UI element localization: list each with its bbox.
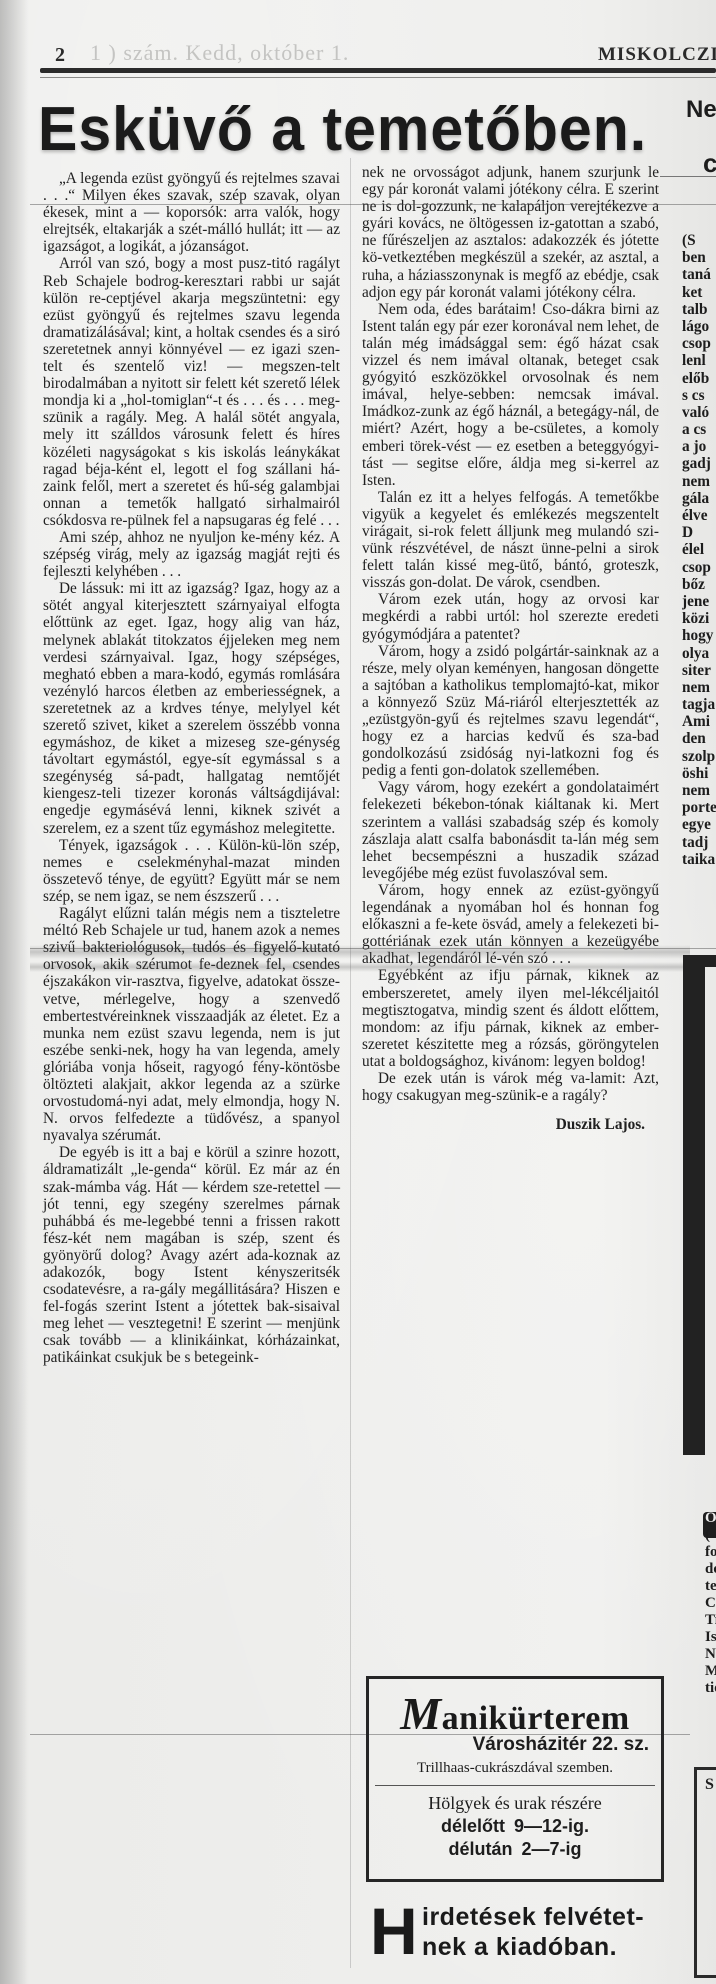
manikur-advertisement: Manikürterem Városházitér 22. sz. Trillh… bbox=[366, 1676, 664, 1882]
advertising-notice: H irdetések felvétet- nek a kiadóban. bbox=[370, 1898, 670, 1978]
article-column-2: nek ne orvosságot adjunk, hanem szurjunk… bbox=[362, 164, 659, 1133]
fragment-heading: Ne bbox=[686, 96, 716, 124]
article-headline: Esküvő a temetőben. bbox=[38, 93, 647, 164]
header-rule-thin bbox=[40, 77, 716, 78]
notice-text: irdetések felvétet- nek a kiadóban. bbox=[422, 1902, 644, 1962]
paragraph: De lássuk: mi itt az igazság? Igaz, hogy… bbox=[43, 580, 340, 836]
paragraph: nek ne orvosságot adjunk, hanem szurjunk… bbox=[362, 164, 659, 301]
header-rule bbox=[40, 68, 716, 73]
paragraph: Nem oda, édes barátaim! Cso-dákra birni … bbox=[362, 301, 659, 489]
paragraph: Tények, igazságok . . . Külön-kü-lön szé… bbox=[43, 837, 340, 905]
paragraph: Vagy várom, hogy ezekért a gondolataimér… bbox=[362, 779, 659, 882]
right-column-fragment: (S ben taná ket talb lágo csop lenl előb… bbox=[682, 232, 716, 868]
paragraph: Várom ezek után, hogy az orvosi kar megk… bbox=[362, 591, 659, 642]
scan-line bbox=[30, 204, 716, 205]
notice-initial: H bbox=[370, 1896, 418, 1966]
paragraph: Ami szép, ahhoz ne nyuljon ke-mény kéz. … bbox=[43, 529, 340, 580]
ad-frame-bar bbox=[683, 955, 705, 1455]
ad-title: Manikürterem bbox=[369, 1687, 661, 1740]
paragraph: „A legenda ezüst gyöngyű és rejtelmes sz… bbox=[43, 170, 340, 255]
masthead: MISKOLCZI bbox=[598, 44, 716, 66]
paragraph: Talán ez itt a helyes felfogás. A temető… bbox=[362, 489, 659, 592]
article-column-1: „A legenda ezüst gyöngyű és rejtelmes sz… bbox=[43, 170, 340, 1367]
paragraph: Ragályt elűzni talán mégis nem a tisztel… bbox=[43, 905, 340, 1144]
scan-edge-shadow bbox=[0, 0, 28, 1984]
author-signature: Duszik Lajos. bbox=[362, 1116, 659, 1133]
paragraph: Várom, hogy a zsidó polgártár-sainknak a… bbox=[362, 643, 659, 780]
paragraph: De egyéb is itt a baj e körül a szinre h… bbox=[43, 1144, 340, 1366]
paragraph: Egyébként az ifju párnak, kiknek az embe… bbox=[362, 967, 659, 1070]
scan-streak bbox=[30, 962, 690, 972]
ad-hours-morning: délelőtt 9—12-ig. bbox=[369, 1815, 661, 1838]
ad-hours-afternoon: délután 2—7-ig bbox=[369, 1838, 661, 1861]
page-number: 2 bbox=[55, 44, 65, 67]
ad-separator bbox=[375, 1785, 655, 1786]
paragraph: Arról van szó, bogy a most pusz-titó rag… bbox=[43, 255, 340, 529]
scan-line bbox=[30, 948, 716, 949]
bleed-through-text: 1 ) szám. Kedd, október 1. bbox=[90, 40, 349, 66]
paragraph: De ezek után is várok még va-lamit: Azt,… bbox=[362, 1070, 659, 1104]
ad-audience: Hölgyek és urak részére bbox=[369, 1792, 661, 1815]
right-column-fragment-lower: O ( fog dél tek C Tis Istv Nag Ma tid bbox=[705, 1510, 716, 1697]
fragment-rule bbox=[660, 176, 716, 177]
fragment-ad-box: S bbox=[694, 1767, 716, 1978]
ad-landmark: Trillhaas-cukrászdával szemben. bbox=[369, 1760, 661, 1777]
fragment-heading-2: c bbox=[703, 148, 716, 179]
column-divider bbox=[350, 158, 351, 1968]
